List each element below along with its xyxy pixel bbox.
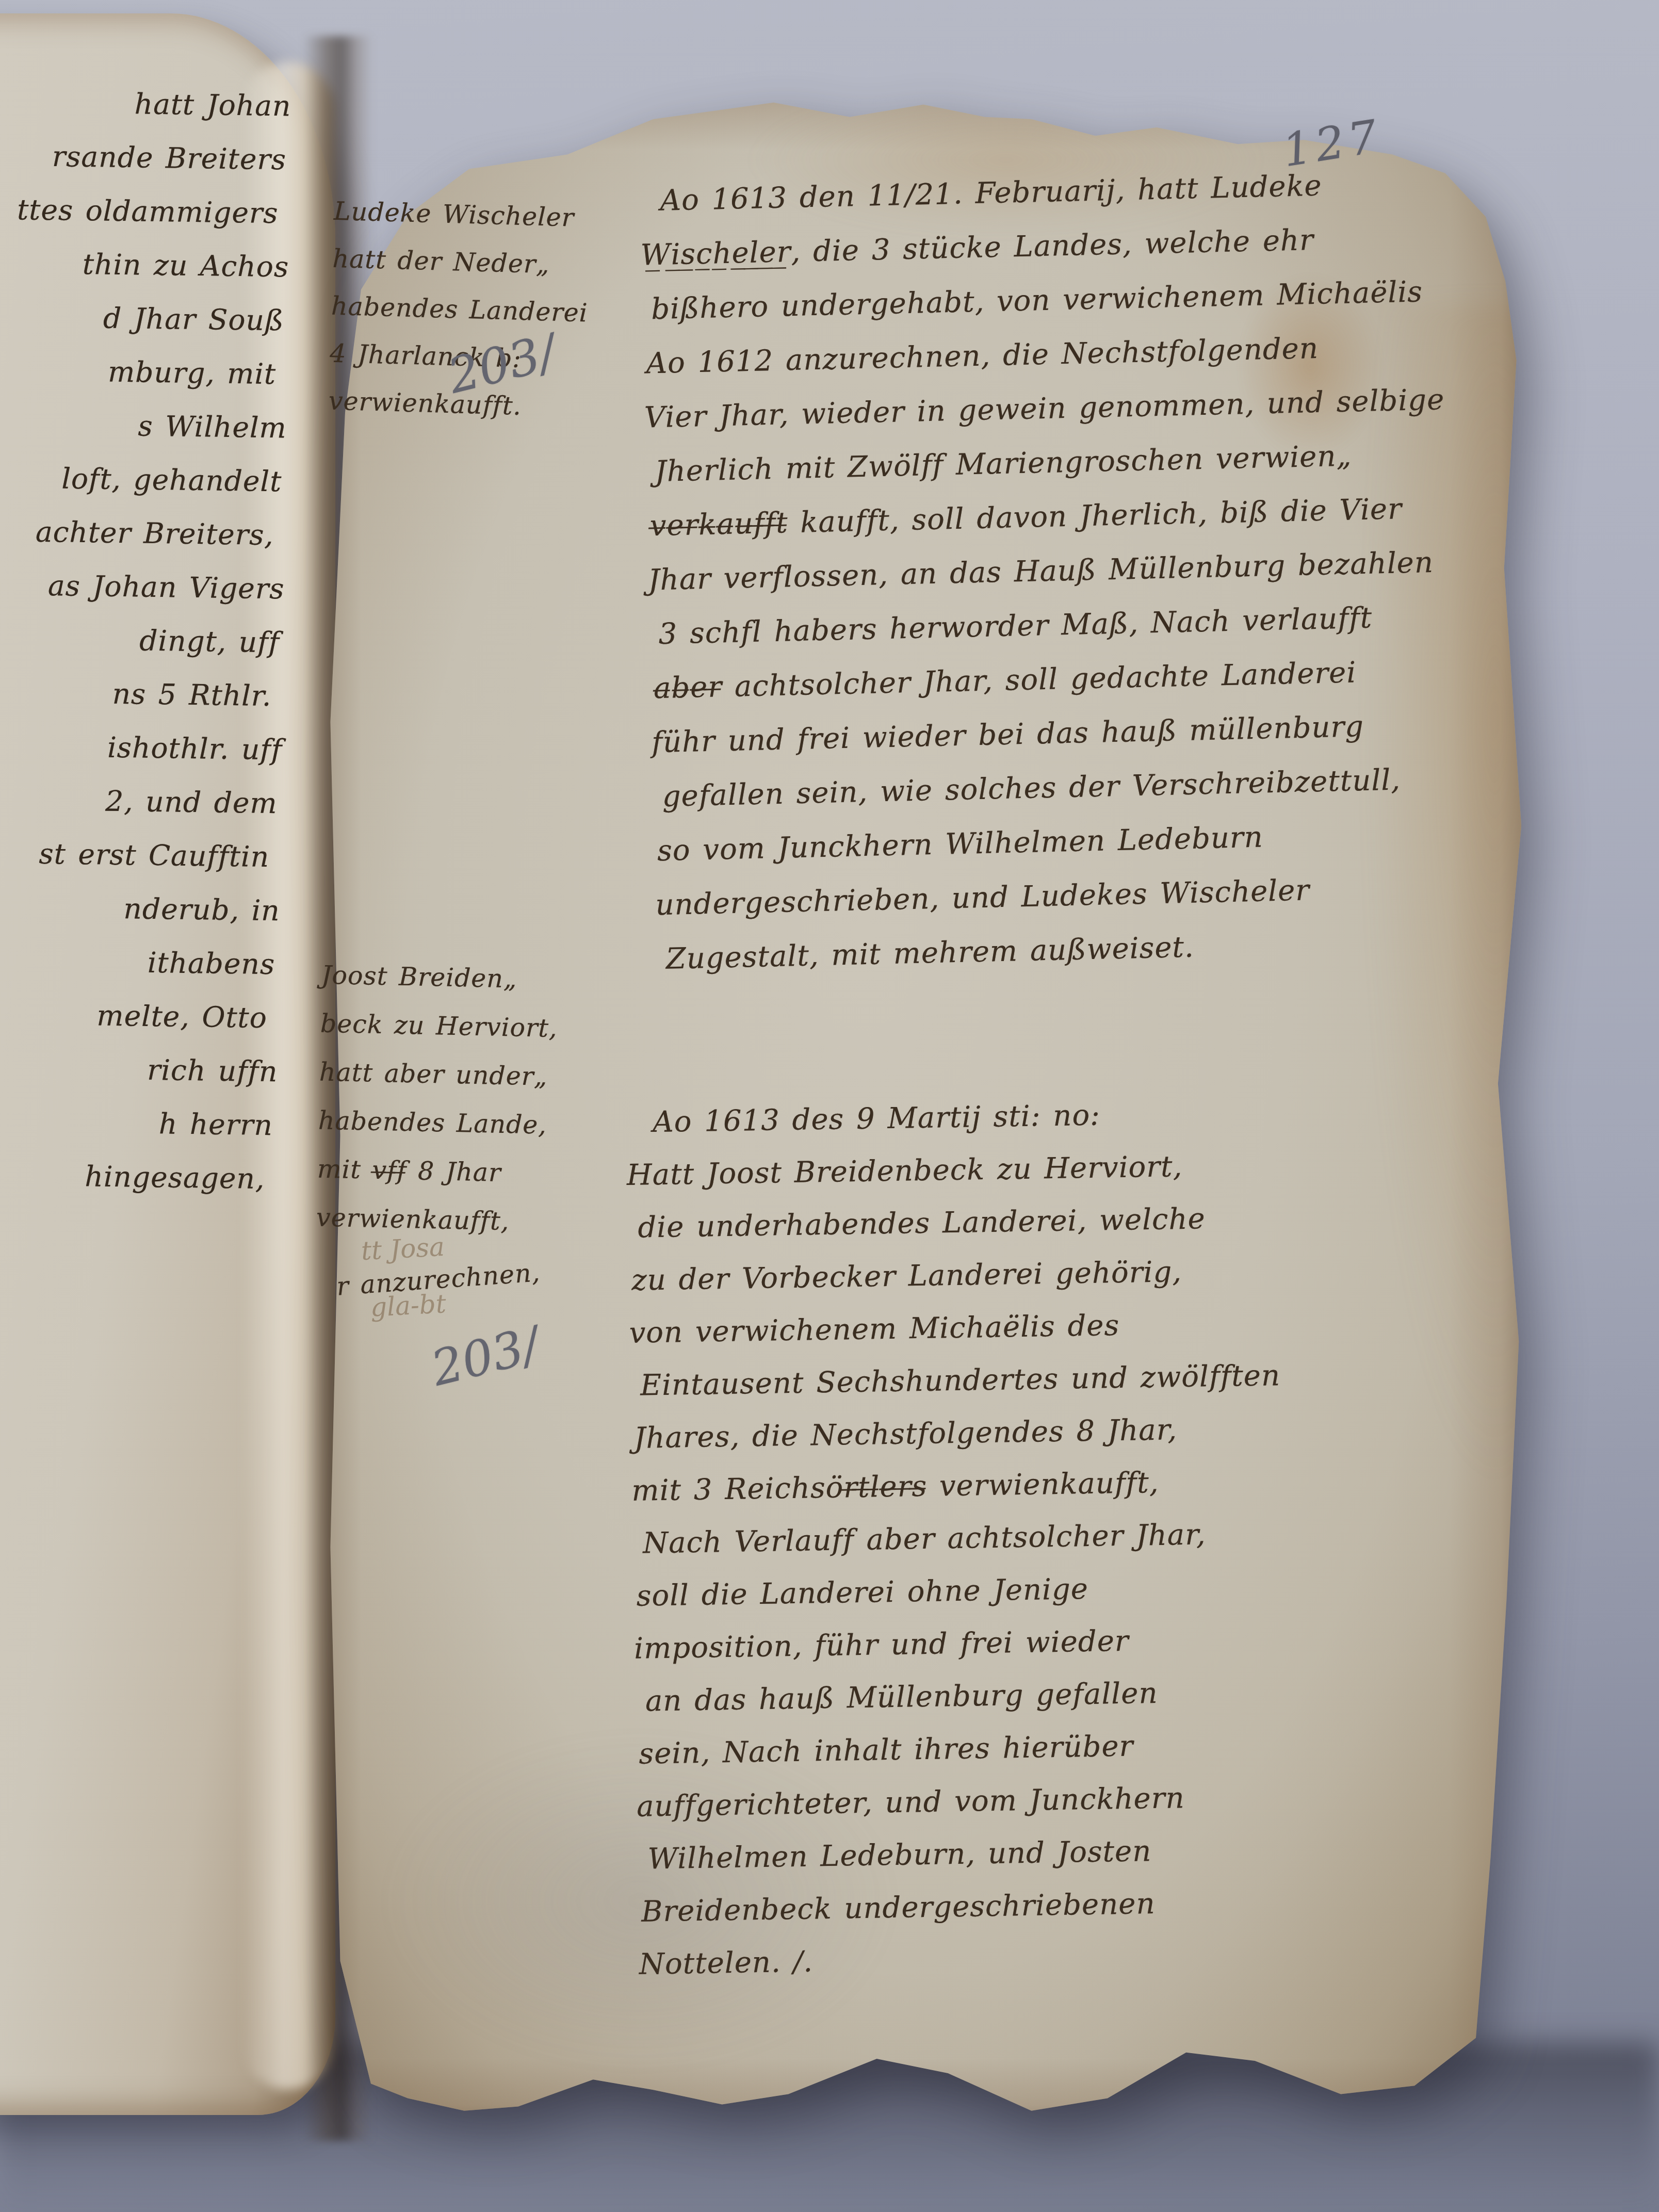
handwritten-line: h herrn — [0, 1093, 273, 1152]
handwritten-line: loft, gehandelt — [0, 449, 282, 509]
handwritten-line: rsande Breiters — [0, 127, 287, 187]
handwritten-line: 2, und dem — [0, 771, 278, 831]
entry2-margin-note: Joost Breiden„beck zu Herviort,hatt aber… — [316, 951, 642, 1249]
handwritten-line: ishothlr. uff — [0, 718, 283, 777]
handwritten-line: mburg, mit — [0, 342, 276, 401]
handwritten-line: habendes Landerei — [331, 283, 641, 339]
handwritten-line: ithabens — [0, 932, 275, 991]
handwritten-line: ns 5 Rthlr. — [0, 664, 272, 723]
handwritten-line: hatt Johan — [0, 74, 291, 133]
handwritten-line: hatt der Neder„ — [332, 235, 642, 291]
handwritten-line: melte, Otto — [0, 986, 268, 1045]
handwritten-line: beck zu Herviort, — [320, 1000, 641, 1055]
handwritten-line: thin zu Achos — [0, 235, 289, 294]
handwritten-line: s Wilhelm — [0, 396, 287, 455]
handwritten-line: as Johan Vigers — [0, 557, 285, 616]
handwritten-line: hatt aber under„ — [319, 1048, 640, 1103]
handwritten-line: Ludeke Wischeler — [333, 188, 644, 244]
entry2-body-text: Ao 1613 des 9 Martij sti: no:Hatt Joost … — [628, 1082, 1545, 1991]
handwritten-line: rich uffn — [0, 1039, 278, 1099]
handwritten-line: mit v̶f̶f̶ 8 Jhar — [317, 1145, 638, 1200]
handwritten-line: dingt, uff — [0, 610, 280, 670]
manuscript-photo: hatt Johanrsande Breitersttes oldammiger… — [0, 0, 1659, 2212]
left-page-text-fragments: hatt Johanrsande Breitersttes oldammiger… — [0, 74, 287, 1206]
handwritten-line: d Jhar Souß — [0, 288, 284, 348]
handwritten-line: verwienkaufft, — [316, 1193, 637, 1248]
entry1-body-text: Ao 1613 den 11/21. Februarij, hatt Ludek… — [642, 154, 1537, 986]
handwritten-line: Joost Breiden„ — [321, 951, 642, 1006]
handwritten-line: st erst Caufftin — [0, 825, 270, 884]
handwritten-line: hingesagen, — [0, 1147, 265, 1206]
handwritten-line: achter Breiters, — [0, 503, 274, 562]
handwritten-line: nderub, in — [0, 879, 280, 938]
handwritten-line: ttes oldammigers — [0, 181, 279, 240]
handwritten-line: habendes Lande, — [318, 1097, 639, 1152]
